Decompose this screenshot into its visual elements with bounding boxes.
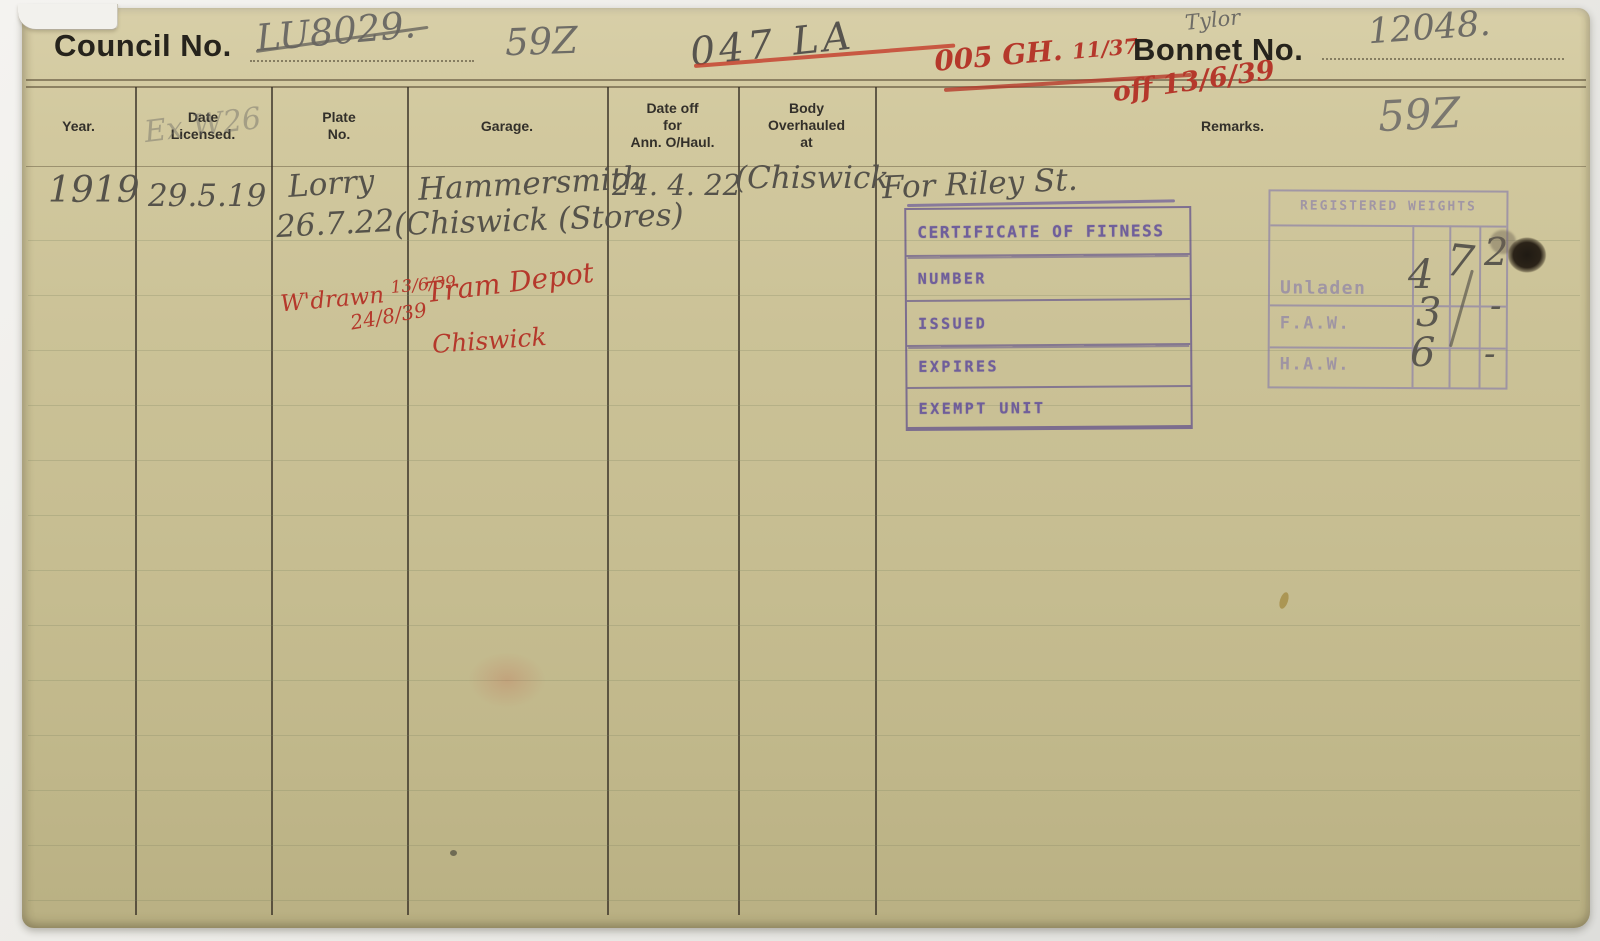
red-tram-depot-note: Tram Depot — [424, 256, 596, 309]
cancelled-red-number: 005 GH. 11/37 — [933, 27, 1139, 78]
red-number-text: 005 GH. — [933, 34, 1064, 78]
council-no-label: Council No. — [54, 28, 232, 64]
header-line: Ann. O/Haul. — [607, 134, 738, 151]
ledger-line — [28, 790, 1580, 791]
stock-code-pencil: 59Z — [504, 19, 578, 65]
ledger-line — [28, 570, 1580, 571]
red-smudge — [452, 640, 562, 720]
weights-row-faw-label: F.A.W. — [1280, 313, 1351, 333]
paper-speck — [1278, 591, 1291, 610]
stamp-grid-line — [1270, 304, 1506, 307]
column-header-body-overhauled: Body Overhauled at — [738, 100, 875, 151]
card-corner-notch — [18, 4, 118, 30]
header-line: Body — [738, 100, 875, 117]
certificate-of-fitness-stamp: CERTIFICATE OF FITNESS NUMBER ISSUED EXP… — [904, 206, 1193, 431]
top-double-rule-1 — [26, 79, 1586, 81]
header-line: Date off — [607, 100, 738, 117]
header-line: Plate — [271, 109, 407, 126]
ledger-line — [28, 680, 1580, 681]
entry-date-off: 24. 4. 22 — [612, 168, 741, 202]
weights-row-unladen-label: Unladen — [1280, 277, 1366, 298]
column-header-plate-no: Plate No. — [271, 109, 407, 143]
pencil-name-note: Tylor — [1184, 5, 1241, 35]
entry-year: 1919 — [48, 170, 140, 211]
fitness-stamp-row-number: NUMBER — [907, 255, 1190, 302]
header-line: Garage. — [407, 118, 607, 135]
record-card: Council No. LU8029. 59Z 047 LA 005 GH. 1… — [22, 8, 1590, 928]
entry-date-licensed: 29.5.19 — [148, 178, 266, 214]
weights-stamp-title: REGISTERED WEIGHTS — [1270, 198, 1506, 214]
weight-haw-dash: - — [1484, 334, 1496, 374]
ledger-line — [28, 625, 1580, 626]
entry-remarks: For Riley St. — [881, 162, 1078, 206]
column-header-date-off: Date off for Ann. O/Haul. — [607, 100, 738, 151]
fitness-stamp-title: CERTIFICATE OF FITNESS — [906, 208, 1189, 257]
council-no-dotted-line — [250, 60, 474, 62]
red-number-date: 11/37 — [1071, 33, 1139, 64]
scanned-photo-background: Council No. LU8029. 59Z 047 LA 005 GH. 1… — [0, 0, 1600, 941]
entry-plate-line1: Lorry — [287, 163, 376, 205]
paper-speck — [450, 850, 457, 856]
stamp-grid-line — [1270, 224, 1506, 227]
ink-blot — [1502, 232, 1552, 278]
fitness-stamp-row-expires: EXPIRES — [907, 345, 1190, 389]
ledger-line — [28, 845, 1580, 846]
column-header-year: Year. — [22, 118, 135, 135]
ledger-line — [28, 515, 1580, 516]
ledger-line — [28, 405, 1580, 406]
entry-body-overhauled: (Chiswick — [735, 160, 889, 196]
fitness-stamp-row-exempt: EXEMPT UNIT — [907, 387, 1190, 429]
header-line: Remarks. — [875, 118, 1590, 135]
entry-plate-line2: 26.7.22 — [275, 203, 395, 245]
stamp-grid-line — [1270, 346, 1506, 349]
header-line: at — [738, 134, 875, 151]
bonnet-no-label: Bonnet No. — [1133, 32, 1303, 68]
column-header-garage: Garage. — [407, 118, 607, 135]
ledger-line — [28, 900, 1580, 901]
registered-weights-stamp: REGISTERED WEIGHTS Unladen F.A.W. H.A.W. — [1267, 189, 1508, 389]
bonnet-no-dotted-line — [1322, 58, 1564, 60]
weights-row-haw-label: H.A.W. — [1280, 354, 1351, 374]
top-double-rule-2 — [26, 86, 1586, 88]
header-line: Year. — [22, 118, 135, 135]
column-header-remarks: Remarks. — [875, 118, 1590, 135]
header-line: No. — [271, 126, 407, 143]
weight-unladen-cwt: 7 — [1443, 235, 1476, 289]
weight-haw-tons: 6 — [1410, 330, 1435, 376]
ledger-line — [28, 735, 1580, 736]
red-chiswick-note: Chiswick — [431, 322, 547, 359]
header-line: for — [607, 117, 738, 134]
header-line: Overhauled — [738, 117, 875, 134]
fitness-stamp-row-issued: ISSUED — [907, 300, 1190, 347]
bonnet-no-value: 12048. — [1367, 4, 1492, 52]
ledger-line — [28, 460, 1580, 461]
weight-faw-dash: - — [1490, 286, 1502, 326]
